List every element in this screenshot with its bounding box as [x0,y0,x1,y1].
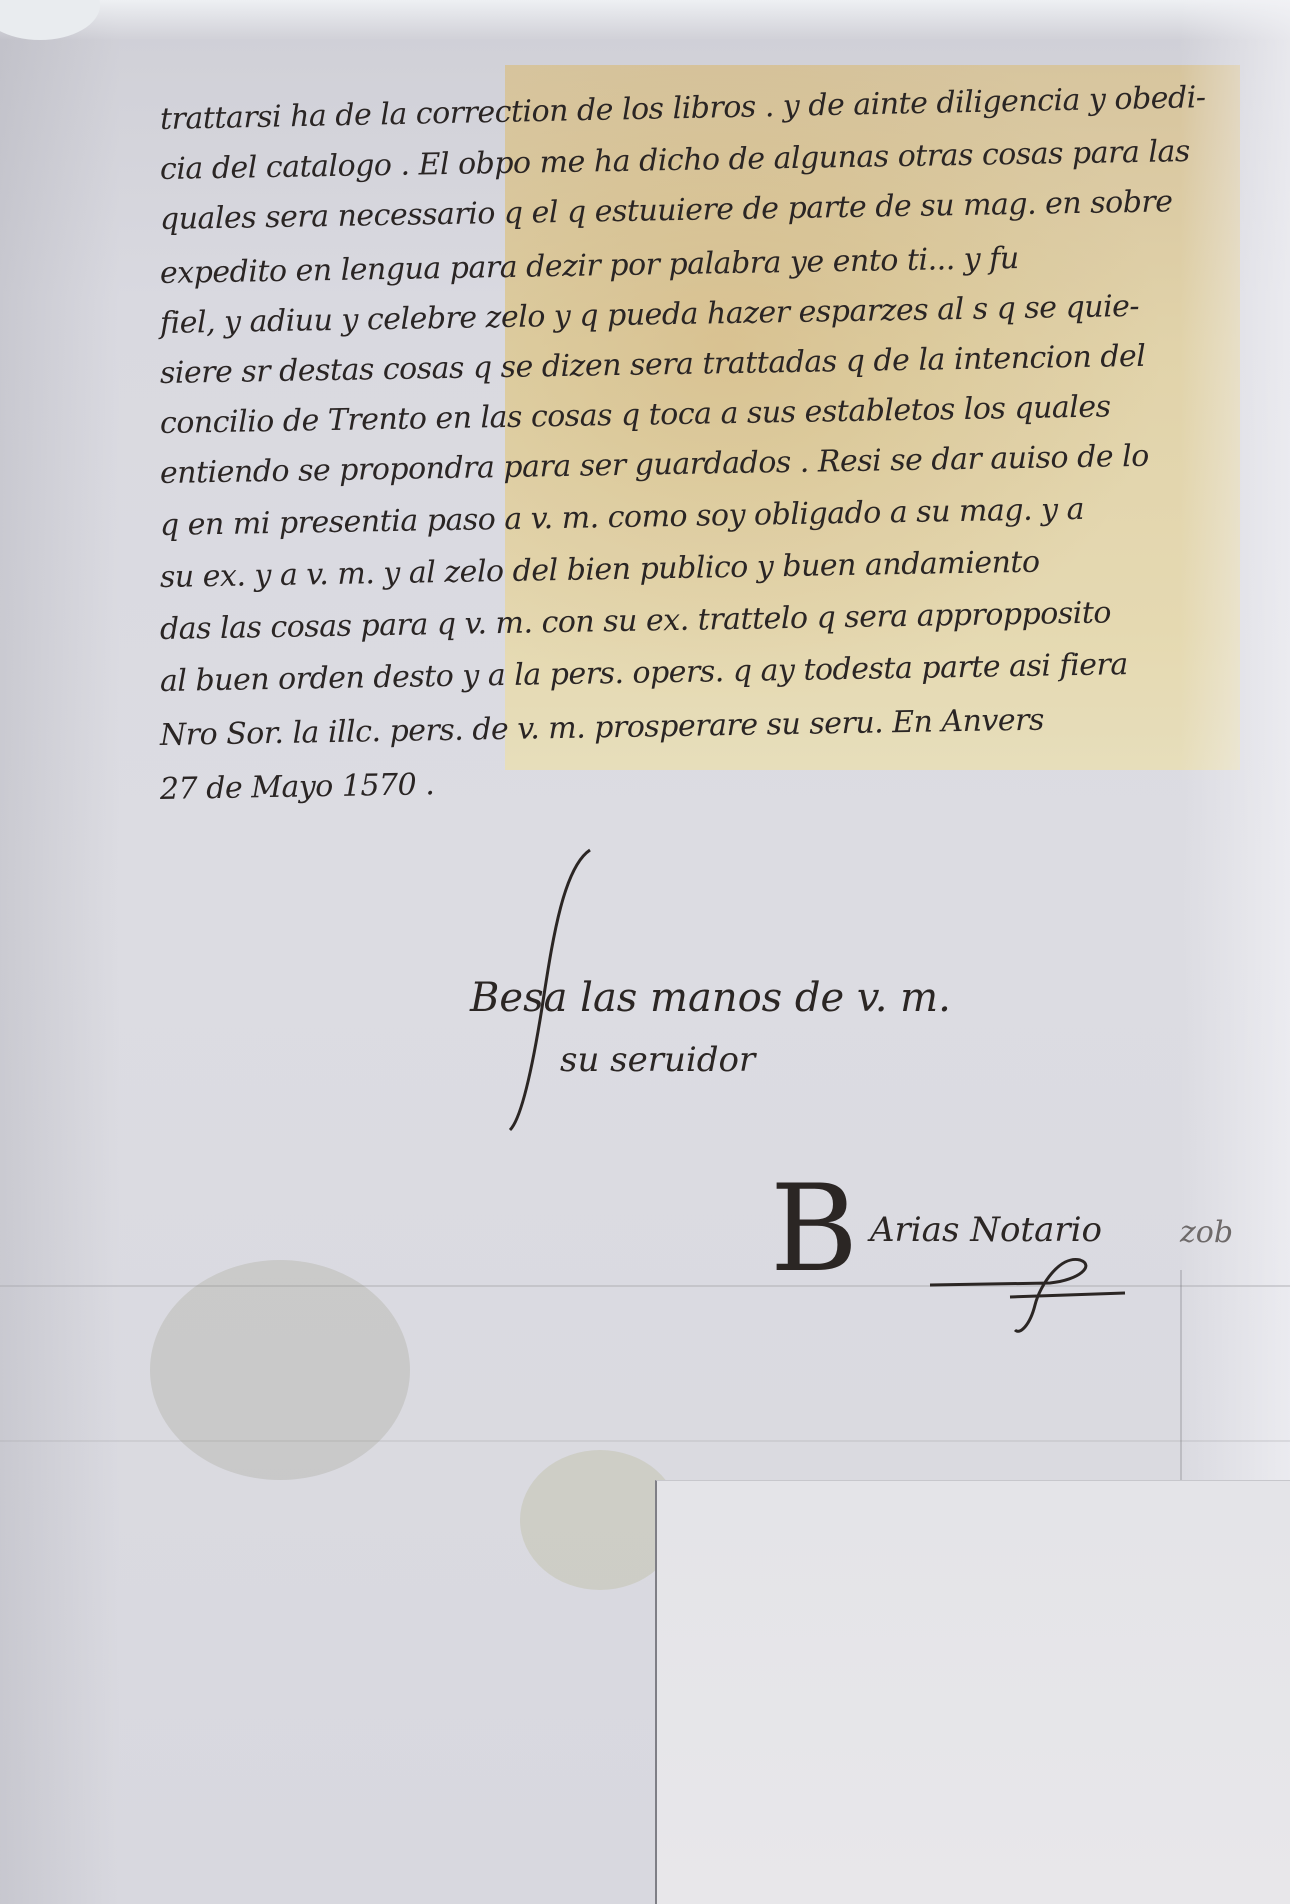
manuscript-sheet: trattarsi ha de la correction de los lib… [0,0,1290,1904]
signature-initial: B [770,1160,858,1299]
letter-date-line: 27 de Mayo 1570 . [160,767,435,807]
signature-name: Arias Notario [870,1210,1102,1250]
signature-flourish [920,1255,1140,1345]
flourish-stroke [500,840,620,1140]
pasted-paper-section [655,1480,1290,1904]
water-stain [150,1260,410,1480]
top-edge-highlight [0,0,1290,40]
fold-line-vertical [1180,1270,1182,1480]
signature-annotation: zob [1180,1215,1233,1250]
